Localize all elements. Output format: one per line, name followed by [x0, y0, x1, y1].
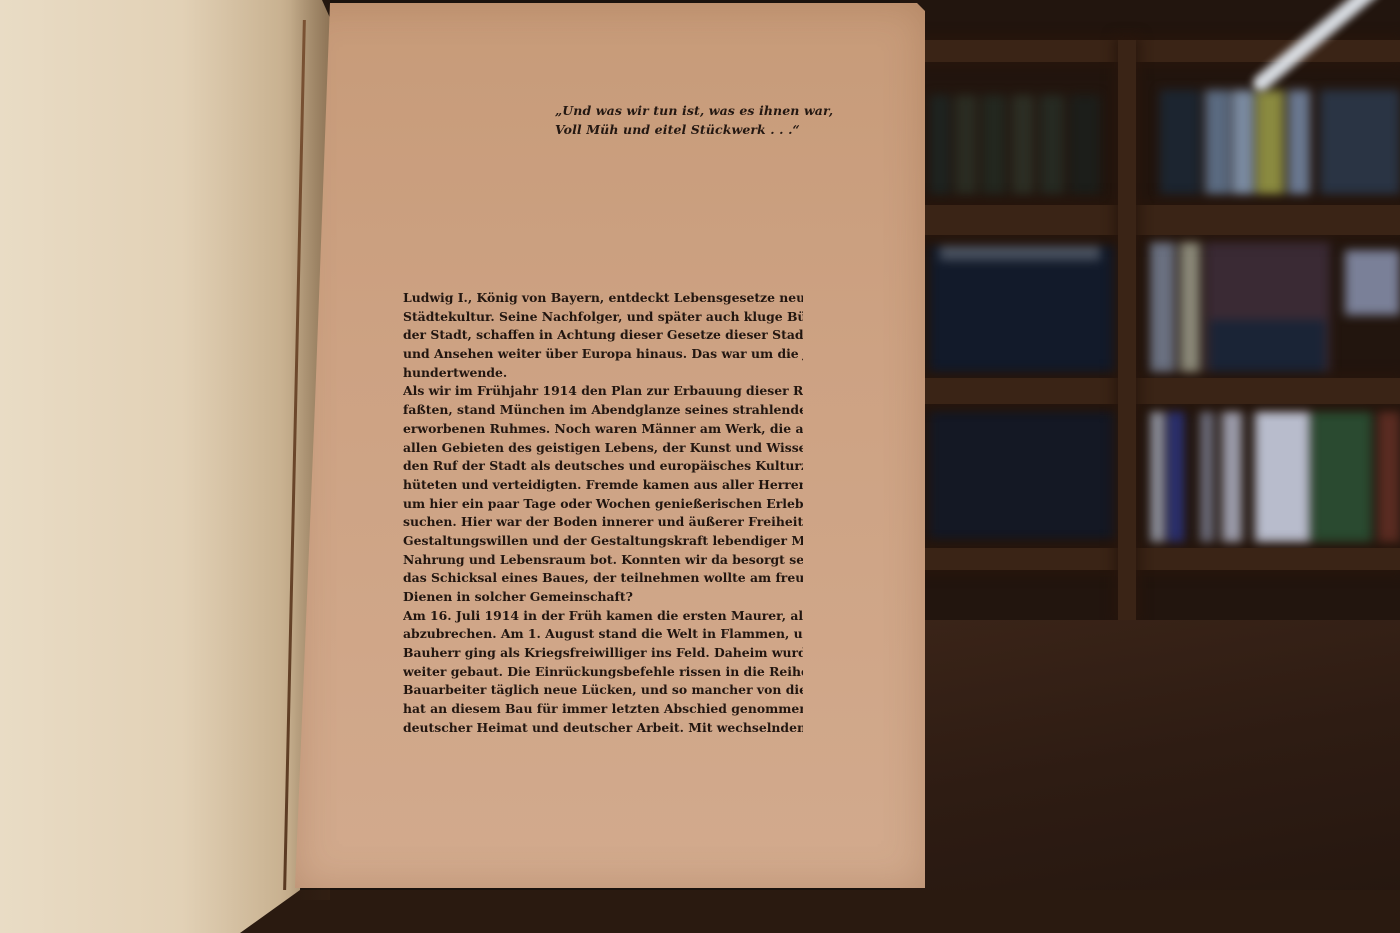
text-line: Nahrung und Lebensraum bot. Konnten wir …	[403, 551, 803, 570]
text-line: Gestaltungswillen und der Gestaltungskra…	[403, 532, 803, 551]
paragraph-1: Ludwig I., König von Bayern, entdeckt Le…	[403, 289, 803, 382]
paragraph-2: Als wir im Frühjahr 1914 den Plan zur Er…	[403, 382, 803, 606]
text-line: den Ruf der Stadt als deutsches und euro…	[403, 457, 803, 476]
shelf-board	[920, 205, 1400, 235]
shelf-books-row-3b	[1140, 410, 1400, 545]
text-line: Städtekultur. Seine Nachfolger, und spät…	[403, 308, 803, 327]
text-line: hundertwende.	[403, 364, 803, 383]
text-line: deutscher Heimat und deutscher Arbeit. M…	[403, 719, 803, 738]
shelf-books-row-1a	[930, 95, 1110, 195]
text-line: um hier ein paar Tage oder Wochen genieß…	[403, 495, 803, 514]
text-line: weiter gebaut. Die Einrückungsbefehle ri…	[403, 663, 803, 682]
shelf-board	[920, 378, 1400, 404]
text-line: Als wir im Frühjahr 1914 den Plan zur Er…	[403, 382, 803, 401]
wooden-desk	[900, 620, 1400, 933]
shelf-board	[920, 548, 1400, 570]
left-page-blank	[0, 0, 330, 933]
shelf-divider	[1118, 40, 1136, 620]
text-line: allen Gebieten des geistigen Lebens, der…	[403, 439, 803, 458]
text-line: Bauherr ging als Kriegsfreiwilliger ins …	[403, 644, 803, 663]
text-line: faßten, stand München im Abendglanze sei…	[403, 401, 803, 420]
shelf-books-row-3a	[930, 410, 1120, 540]
text-line: und Ansehen weiter über Europa hinaus. D…	[403, 345, 803, 364]
text-line: Bauarbeiter täglich neue Lücken, und so …	[403, 681, 803, 700]
paragraph-3: Am 16. Juli 1914 in der Früh kamen die e…	[403, 607, 803, 738]
shelf-books-row-2a	[930, 245, 1120, 375]
shelf-books-row-1b	[1160, 90, 1400, 195]
shelf-board	[920, 40, 1400, 62]
text-line: abzubrechen. Am 1. August stand die Welt…	[403, 625, 803, 644]
text-line: erworbenen Ruhmes. Noch waren Männer am …	[403, 420, 803, 439]
text-line: das Schicksal eines Baues, der teilnehme…	[403, 569, 803, 588]
epigraph-line: Voll Müh und eitel Stückwerk . . .“	[555, 120, 855, 139]
text-line: hüteten und verteidigten. Fremde kamen a…	[403, 476, 803, 495]
body-text: Ludwig I., König von Bayern, entdeckt Le…	[403, 289, 803, 738]
text-line: Dienen in solcher Gemeinschaft?	[403, 588, 803, 607]
text-line: Ludwig I., König von Bayern, entdeckt Le…	[403, 289, 803, 308]
text-line: suchen. Hier war der Boden innerer und ä…	[403, 513, 803, 532]
text-line: hat an diesem Bau für immer letzten Absc…	[403, 700, 803, 719]
epigraph-quote: „Und was wir tun ist, was es ihnen war, …	[555, 101, 855, 139]
text-line: der Stadt, schaffen in Achtung dieser Ge…	[403, 326, 803, 345]
epigraph-line: „Und was wir tun ist, was es ihnen war,	[555, 101, 855, 120]
text-line: Am 16. Juli 1914 in der Früh kamen die e…	[403, 607, 803, 626]
shelf-books-row-2b	[1140, 240, 1400, 375]
